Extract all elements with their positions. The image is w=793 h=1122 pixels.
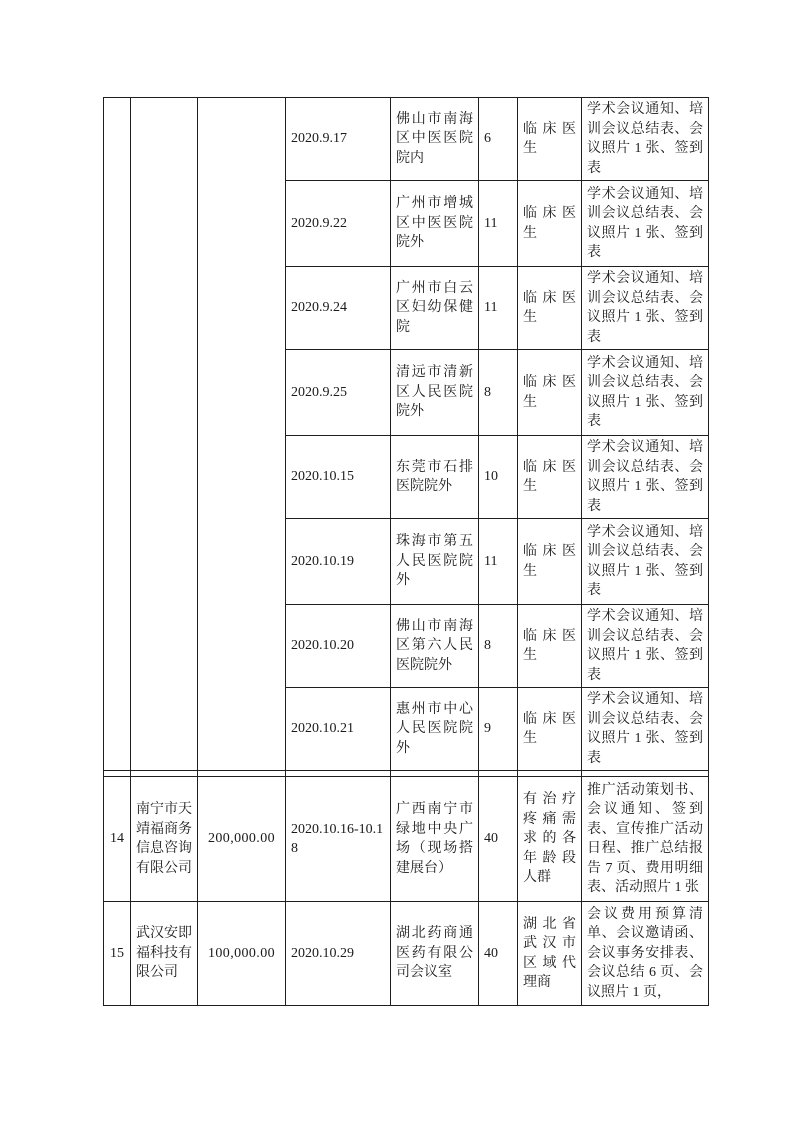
cell-audience: 临床医生 xyxy=(518,267,582,350)
cell-materials: 学术会议通知、培训会议总结表、会议照片 1 张、签到表 xyxy=(582,267,709,350)
cell-audience: 临床医生 xyxy=(518,688,582,771)
cell-activity-date: 2020.10.19 xyxy=(286,519,391,605)
cell-materials: 会议费用预算清单、会议邀请函、会议事务安排表、会议总结 6 页、会议照片 1 页… xyxy=(582,902,709,1006)
cell-activity-location: 惠州市中心人民医院院外 xyxy=(391,688,479,771)
cell-activity-location: 东莞市石排医院院外 xyxy=(391,436,479,519)
cell-materials: 学术会议通知、培训会议总结表、会议照片 1 张、签到表 xyxy=(582,181,709,267)
cell-audience: 临床医生 xyxy=(518,98,582,181)
cell-activity-location: 广州市白云区妇幼保健院 xyxy=(391,267,479,350)
cell-attendee-count: 8 xyxy=(479,350,518,436)
cell-audience: 临床医生 xyxy=(518,350,582,436)
expense-activity-table: 2020.9.17 佛山市南海区中医医院院内 6 临床医生 学术会议通知、培训会… xyxy=(103,97,709,1006)
cell-materials: 学术会议通知、培训会议总结表、会议照片 1 张、签到表 xyxy=(582,98,709,181)
cell-activity-location: 佛山市南海区中医医院院内 xyxy=(391,98,479,181)
cell-amount-continued xyxy=(198,98,286,771)
cell-activity-location: 湖北药商通医药有限公司会议室 xyxy=(391,902,479,1006)
cell-activity-date: 2020.10.16-10.18 xyxy=(286,777,391,902)
cell-activity-date: 2020.9.17 xyxy=(286,98,391,181)
cell-audience: 临床医生 xyxy=(518,519,582,605)
cell-activity-date: 2020.10.21 xyxy=(286,688,391,771)
cell-activity-date: 2020.9.24 xyxy=(286,267,391,350)
sub-row: 2020.9.17 佛山市南海区中医医院院内 6 临床医生 学术会议通知、培训会… xyxy=(104,98,709,181)
cell-audience: 临床医生 xyxy=(518,436,582,519)
cell-activity-date: 2020.9.25 xyxy=(286,350,391,436)
cell-materials: 学术会议通知、培训会议总结表、会议照片 1 张、签到表 xyxy=(582,605,709,688)
cell-audience: 临床医生 xyxy=(518,605,582,688)
cell-materials: 学术会议通知、培训会议总结表、会议照片 1 张、签到表 xyxy=(582,688,709,771)
cell-activity-location: 清远市清新区人民医院院外 xyxy=(391,350,479,436)
table-row: 14 南宁市天靖福商务信息咨询有限公司 200,000.00 2020.10.1… xyxy=(104,777,709,902)
cell-attendee-count: 10 xyxy=(479,436,518,519)
cell-attendee-count: 9 xyxy=(479,688,518,771)
cell-company: 南宁市天靖福商务信息咨询有限公司 xyxy=(131,777,198,902)
cell-materials: 推广活动策划书、会议通知、签到表、宣传推广活动日程、推广总结报告 7 页、费用明… xyxy=(582,777,709,902)
cell-company-continued xyxy=(131,98,198,771)
cell-company: 武汉安即福科技有限公司 xyxy=(131,902,198,1006)
cell-attendee-count: 11 xyxy=(479,519,518,605)
cell-activity-location: 佛山市南海区第六人民医院院外 xyxy=(391,605,479,688)
cell-attendee-count: 40 xyxy=(479,902,518,1006)
cell-activity-date: 2020.10.15 xyxy=(286,436,391,519)
cell-activity-location: 珠海市第五人民医院院外 xyxy=(391,519,479,605)
cell-row-number-continued xyxy=(104,98,131,771)
cell-attendee-count: 6 xyxy=(479,98,518,181)
cell-materials: 学术会议通知、培训会议总结表、会议照片 1 张、签到表 xyxy=(582,519,709,605)
document-page: 2020.9.17 佛山市南海区中医医院院内 6 临床医生 学术会议通知、培训会… xyxy=(0,0,793,1122)
cell-amount: 200,000.00 xyxy=(198,777,286,902)
cell-audience: 湖北省武汉市区域代理商 xyxy=(518,902,582,1006)
cell-row-number: 15 xyxy=(104,902,131,1006)
cell-activity-date: 2020.10.29 xyxy=(286,902,391,1006)
cell-attendee-count: 8 xyxy=(479,605,518,688)
table-row: 15 武汉安即福科技有限公司 100,000.00 2020.10.29 湖北药… xyxy=(104,902,709,1006)
cell-activity-location: 广州市增城区中医医院院外 xyxy=(391,181,479,267)
cell-activity-date: 2020.9.22 xyxy=(286,181,391,267)
cell-audience: 临床医生 xyxy=(518,181,582,267)
cell-activity-location: 广西南宁市绿地中央广场（现场搭建展台） xyxy=(391,777,479,902)
cell-amount: 100,000.00 xyxy=(198,902,286,1006)
cell-activity-date: 2020.10.20 xyxy=(286,605,391,688)
cell-row-number: 14 xyxy=(104,777,131,902)
cell-materials: 学术会议通知、培训会议总结表、会议照片 1 张、签到表 xyxy=(582,436,709,519)
cell-audience: 有治疗疼痛需求的各年龄段人群 xyxy=(518,777,582,902)
cell-attendee-count: 11 xyxy=(479,181,518,267)
cell-materials: 学术会议通知、培训会议总结表、会议照片 1 张、签到表 xyxy=(582,350,709,436)
cell-attendee-count: 11 xyxy=(479,267,518,350)
cell-attendee-count: 40 xyxy=(479,777,518,902)
